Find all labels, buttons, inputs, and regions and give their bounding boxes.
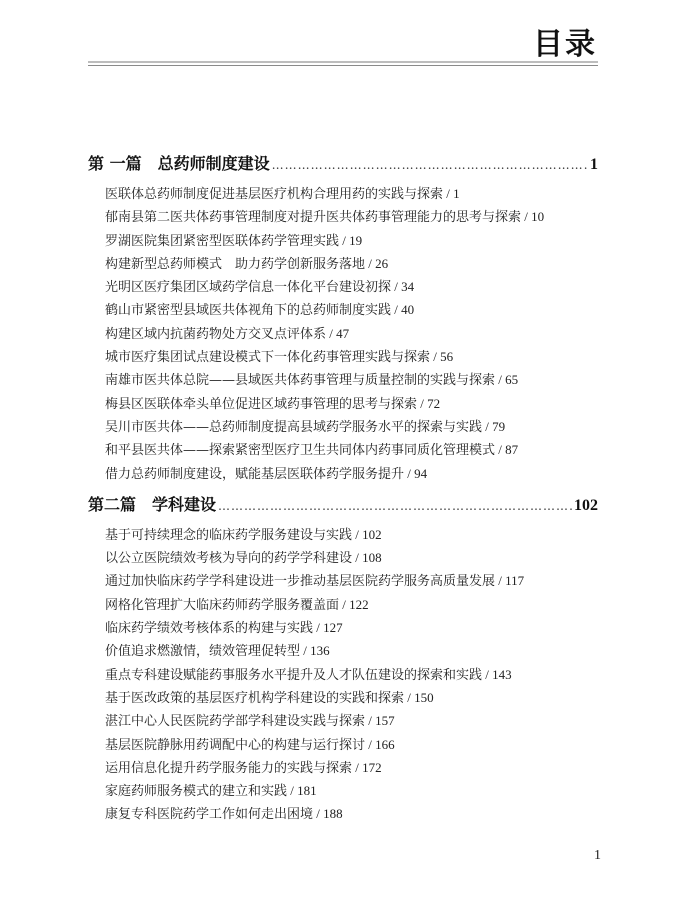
part-title: 第二篇 学科建设 — [88, 491, 216, 519]
entry-title: 城市医疗集团试点建设模式下一体化药事管理实践与探索 — [105, 350, 430, 365]
entry-page: 181 — [297, 783, 317, 798]
entry-title: 网格化管理扩大临床药师药学服务覆盖面 — [105, 598, 339, 613]
toc-entry[interactable]: 网格化管理扩大临床药师药学服务覆盖面 / 122 — [88, 593, 598, 616]
entry-page: 34 — [401, 279, 414, 294]
toc-entry[interactable]: 康复专科医院药学工作如何走出困境 / 188 — [88, 802, 598, 825]
entry-page: 136 — [310, 643, 330, 658]
entry-page: 10 — [531, 209, 544, 224]
toc-entry[interactable]: 以公立医院绩效考核为导向的药学学科建设 / 108 — [88, 546, 598, 569]
toc-entry[interactable]: 基层医院静脉用药调配中心的构建与运行探讨 / 166 — [88, 733, 598, 756]
toc-entry[interactable]: 城市医疗集团试点建设模式下一体化药事管理实践与探索 / 56 — [88, 345, 598, 368]
entry-title: 基于医改政策的基层医疗机构学科建设的实践和探索 — [105, 691, 404, 706]
toc-entry[interactable]: 医联体总药师制度促进基层医疗机构合理用药的实践与探索 / 1 — [88, 182, 598, 205]
entry-title: 和平县医共体——探索紧密型医疗卫生共同体内药事同质化管理模式 — [105, 443, 495, 458]
toc-entry[interactable]: 和平县医共体——探索紧密型医疗卫生共同体内药事同质化管理模式 / 87 — [88, 438, 598, 461]
entry-page: 56 — [440, 349, 453, 364]
toc-entry[interactable]: 鹤山市紧密型县域医共体视角下的总药师制度实践 / 40 — [88, 298, 598, 321]
toc-entry[interactable]: 光明区医疗集团区域药学信息一体化平台建设初探 / 34 — [88, 275, 598, 298]
toc-entry[interactable]: 吴川市医共体——总药师制度提高县域药学服务水平的探索与实践 / 79 — [88, 415, 598, 438]
toc-part-heading[interactable]: 第二篇 学科建设 …………………………………………………………………………………… — [88, 491, 598, 519]
toc-entry[interactable]: 运用信息化提升药学服务能力的实践与探索 / 172 — [88, 756, 598, 779]
toc-entry[interactable]: 湛江中心人民医院药学部学科建设实践与探索 / 157 — [88, 709, 598, 732]
entry-title: 基于可持续理念的临床药学服务建设与实践 — [105, 528, 352, 543]
entry-page: 94 — [414, 466, 427, 481]
entry-title: 借力总药师制度建设，赋能基层医联体药学服务提升 — [105, 467, 404, 482]
page-title: 目录 — [533, 28, 597, 62]
entry-page: 127 — [323, 620, 343, 635]
entry-page: 150 — [414, 690, 434, 705]
toc-entry[interactable]: 罗湖医院集团紧密型医联体药学管理实践 / 19 — [88, 229, 598, 252]
entry-title: 梅县区医联体牵头单位促进区域药事管理的思考与探索 — [105, 397, 417, 412]
dot-leader: …………………………………………………………………………………………………… — [218, 492, 572, 520]
entry-page: 26 — [375, 256, 388, 271]
entry-title: 鹤山市紧密型县域医共体视角下的总药师制度实践 — [105, 303, 391, 318]
toc-entry[interactable]: 重点专科建设赋能药事服务水平提升及人才队伍建设的探索和实践 / 143 — [88, 663, 598, 686]
entry-page: 157 — [375, 713, 395, 728]
entry-title: 湛江中心人民医院药学部学科建设实践与探索 — [105, 714, 365, 729]
entry-title: 以公立医院绩效考核为导向的药学学科建设 — [105, 551, 352, 566]
entry-page: 47 — [336, 326, 349, 341]
entry-page: 40 — [401, 302, 414, 317]
entry-title: 吴川市医共体——总药师制度提高县域药学服务水平的探索与实践 — [105, 420, 482, 435]
part-page-number: 1 — [590, 151, 598, 179]
entry-title: 康复专科医院药学工作如何走出困境 — [105, 807, 313, 822]
entry-title: 构建区域内抗菌药物处方交叉点评体系 — [105, 327, 326, 342]
entry-title: 医联体总药师制度促进基层医疗机构合理用药的实践与探索 — [105, 187, 443, 202]
entry-page: 117 — [505, 573, 524, 588]
entry-page: 108 — [362, 550, 382, 565]
entry-page: 102 — [362, 527, 382, 542]
part-page-number: 102 — [574, 492, 598, 520]
entry-title: 临床药学绩效考核体系的构建与实践 — [105, 621, 313, 636]
entry-title: 价值追求燃激情，绩效管理促转型 — [105, 644, 300, 659]
toc-entry[interactable]: 基于医改政策的基层医疗机构学科建设的实践和探索 / 150 — [88, 686, 598, 709]
page-number: 1 — [594, 848, 601, 864]
toc-entry[interactable]: 借力总药师制度建设，赋能基层医联体药学服务提升 / 94 — [88, 462, 598, 485]
toc-entry[interactable]: 南雄市医共体总院——县域医共体药事管理与质量控制的实践与探索 / 65 — [88, 368, 598, 391]
entry-title: 运用信息化提升药学服务能力的实践与探索 — [105, 761, 352, 776]
toc-entry[interactable]: 基于可持续理念的临床药学服务建设与实践 / 102 — [88, 523, 598, 546]
entry-title: 构建新型总药师模式 助力药学创新服务落地 — [105, 257, 365, 272]
entry-page: 166 — [375, 737, 395, 752]
entry-page: 188 — [323, 806, 343, 821]
entry-page: 72 — [427, 396, 440, 411]
entry-title: 郁南县第二医共体药事管理制度对提升医共体药事管理能力的思考与探索 — [105, 210, 521, 225]
toc-entry[interactable]: 价值追求燃激情，绩效管理促转型 / 136 — [88, 639, 598, 662]
part-title: 第 一篇 总药师制度建设 — [88, 150, 270, 178]
entry-page: 87 — [505, 442, 518, 457]
entry-page: 79 — [492, 419, 505, 434]
toc-entry[interactable]: 郁南县第二医共体药事管理制度对提升医共体药事管理能力的思考与探索 / 10 — [88, 205, 598, 228]
entry-title: 重点专科建设赋能药事服务水平提升及人才队伍建设的探索和实践 — [105, 668, 482, 683]
entry-title: 南雄市医共体总院——县域医共体药事管理与质量控制的实践与探索 — [105, 373, 495, 388]
title-rule — [88, 61, 598, 66]
entry-page: 143 — [492, 667, 512, 682]
toc-entry[interactable]: 构建新型总药师模式 助力药学创新服务落地 / 26 — [88, 252, 598, 275]
entry-page: 172 — [362, 760, 382, 775]
toc-entry[interactable]: 通过加快临床药学学科建设进一步推动基层医院药学服务高质量发展 / 117 — [88, 569, 598, 592]
entry-title: 通过加快临床药学学科建设进一步推动基层医院药学服务高质量发展 — [105, 574, 495, 589]
table-of-contents: 第 一篇 总药师制度建设 ………………………………………………………………………… — [88, 150, 598, 826]
entry-title: 罗湖医院集团紧密型医联体药学管理实践 — [105, 234, 339, 249]
toc-entry[interactable]: 临床药学绩效考核体系的构建与实践 / 127 — [88, 616, 598, 639]
entry-title: 基层医院静脉用药调配中心的构建与运行探讨 — [105, 738, 365, 753]
toc-entry[interactable]: 梅县区医联体牵头单位促进区域药事管理的思考与探索 / 72 — [88, 392, 598, 415]
entry-title: 家庭药师服务模式的建立和实践 — [105, 784, 287, 799]
toc-part-heading[interactable]: 第 一篇 总药师制度建设 ………………………………………………………………………… — [88, 150, 598, 178]
toc-entry[interactable]: 家庭药师服务模式的建立和实践 / 181 — [88, 779, 598, 802]
dot-leader: …………………………………………………………………………………………………… — [272, 151, 588, 179]
entry-title: 光明区医疗集团区域药学信息一体化平台建设初探 — [105, 280, 391, 295]
entry-page: 65 — [505, 372, 518, 387]
toc-entry[interactable]: 构建区域内抗菌药物处方交叉点评体系 / 47 — [88, 322, 598, 345]
entry-page: 1 — [453, 186, 460, 201]
entry-page: 19 — [349, 233, 362, 248]
entry-page: 122 — [349, 597, 369, 612]
